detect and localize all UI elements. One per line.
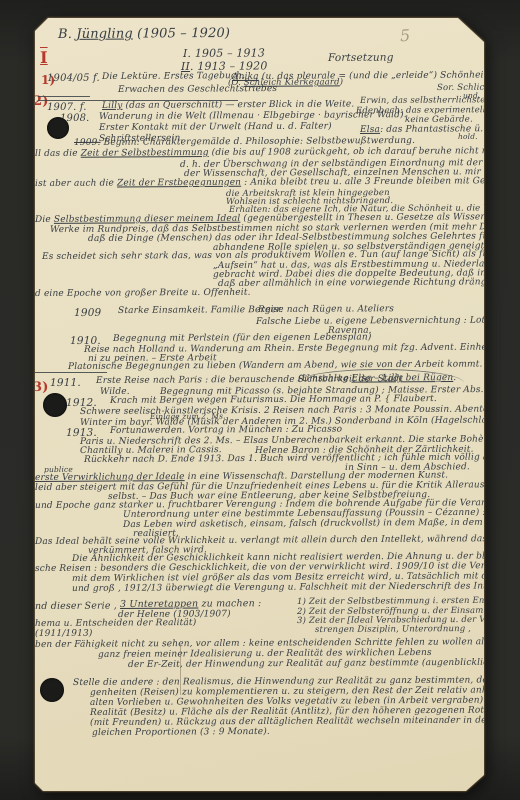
handwritten-line: ist aber auch die Zeit der Erstbegegnung… [35, 177, 484, 189]
handwritten-line: d eine Epoche von großer Breite u. Offen… [35, 289, 251, 299]
pencil-margin-line [180, 645, 181, 695]
handwritten-line: Begegnung mit Perlstein (für den eigenen… [113, 333, 372, 344]
ink-rule [38, 100, 238, 101]
handwritten-line: daß aber allmählich in eine vorwiegende … [218, 278, 484, 289]
red-margin-mark: I [40, 50, 48, 66]
page-number: 5 [399, 26, 410, 46]
handwritten-line: Fortsetzung [328, 53, 394, 64]
paper-sheet: 5 B. Jüngling (1905 – 1920)I. 1905 – 191… [35, 18, 484, 791]
handwritten-line: 3 Unteretappen zu machen : [120, 599, 261, 609]
handwritten-line: (1911/1913) [35, 630, 93, 639]
handwritten-line: 1909 [74, 308, 101, 319]
ink-flourish-arc [296, 369, 464, 383]
scan-background: { "document": { "page_number": "5" }, "c… [0, 0, 520, 800]
handwritten-line: hema u. Entscheiden der Realität) [35, 619, 196, 629]
handwritten-line: B. Jüngling (1905 – 1920) [58, 27, 230, 41]
red-margin-mark: 3) [35, 381, 49, 394]
punch-hole [43, 393, 67, 417]
handwritten-line: Erwin, das selbstherrlichste Genie [360, 96, 484, 105]
handwritten-line: Fortunawerden. Vortrag in München : Zu P… [110, 426, 342, 436]
handwritten-line: keine Gebärde. [405, 116, 473, 125]
handwritten-line: 1907. f. [47, 103, 87, 113]
ink-rule [35, 372, 107, 373]
punch-hole [47, 117, 69, 139]
punch-hole [40, 678, 64, 702]
ink-rule [38, 96, 90, 97]
handwritten-line: I. 1905 – 1913 [183, 47, 265, 59]
handwritten-line: strengen Disziplin, Unterordnung , [315, 625, 471, 634]
handwritten-line: 1) Zeit der Selbstbestimmung i. ersten E… [297, 596, 484, 606]
handwritten-line: ll das die Zeit der Selbstbestimmung (di… [35, 147, 484, 159]
handwritten-line: 1904/05 f. [47, 74, 100, 84]
handwritten-line: Reise nach Rügen u. Ateliers [258, 305, 394, 315]
handwritten-line: hold. [458, 133, 478, 141]
handwritten-line: gleichen Proportionen (3 : 9 Monate). [92, 728, 270, 738]
handwritten-line: nd dieser Serie , [35, 601, 117, 611]
handwritten-line: (mit Freunden) u. Rückzug aus der alltäg… [90, 717, 484, 728]
handwritten-line: Erster Kontakt mit der Urwelt (Hand u. d… [99, 123, 332, 133]
scanned-document: 5 B. Jüngling (1905 – 1920)I. 1905 – 191… [0, 0, 520, 800]
handwritten-line: und groß , 1912/13 überwiegt die Verengu… [72, 582, 484, 594]
handwritten-line: 1911. [50, 378, 81, 389]
handwritten-line: Die Lektüre. Erstes Tagebuch. [102, 72, 245, 82]
handwritten-line: (O. Schleich Kierkegaard) [228, 78, 343, 87]
handwritten-line: Lilly (das an Querschnitt) — erster Blic… [102, 100, 354, 111]
handwritten-line: der Er-Zeit, der Hinwendung zur Realität… [128, 659, 484, 670]
